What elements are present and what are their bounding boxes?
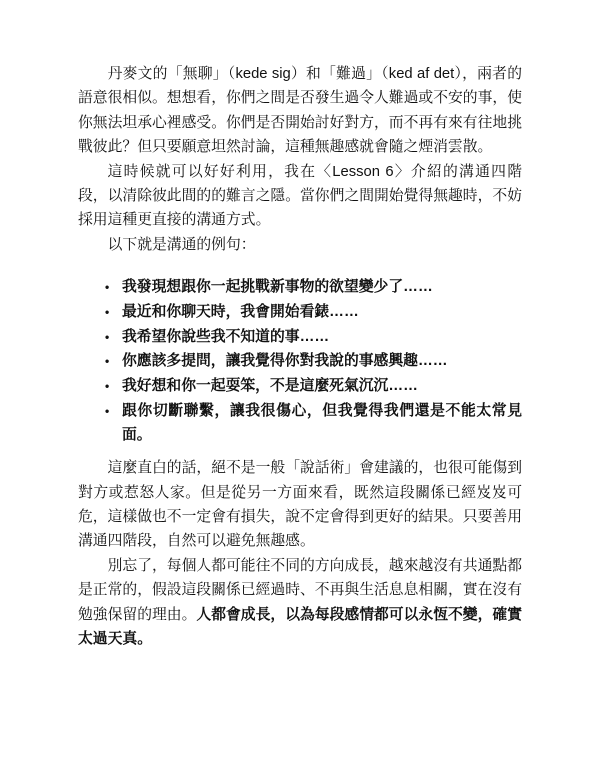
list-item: • 你應該多提問，讓我覺得你對我說的事感興趣……: [78, 349, 522, 374]
list-item-text: 我發現想跟你一起挑戰新事物的欲望變少了……: [122, 279, 433, 295]
bullet-icon: •: [105, 325, 109, 350]
paragraph-blunt-talk: 這麼直白的話，絕不是一般「說話術」會建議的，也很可能傷到對方或惹怒人家。但是從另…: [78, 456, 522, 554]
list-item: • 我希望你說些我不知道的事……: [78, 325, 522, 350]
list-item: • 跟你切斷聯繫，讓我很傷心，但我覺得我們還是不能太常見面。: [78, 399, 522, 448]
bullet-icon: •: [105, 349, 109, 374]
list-item: • 我發現想跟你一起挑戰新事物的欲望變少了……: [78, 275, 522, 300]
list-item-text: 你應該多提問，讓我覺得你對我說的事感興趣……: [122, 353, 448, 369]
book-page: 丹麥文的「無聊」（kede sig）和「難過」（ked af det），兩者的語…: [0, 0, 600, 778]
list-item-text: 最近和你聊天時，我會開始看錶……: [122, 304, 359, 320]
paragraph-examples-intro: 以下就是溝通的例句：: [78, 233, 522, 257]
paragraph-communication-stages: 這時候就可以好好利用，我在〈Lesson 6〉介紹的溝通四階段，以清除彼此間的的…: [78, 160, 522, 233]
bullet-icon: •: [105, 275, 109, 300]
list-item: • 我好想和你一起耍笨，不是這麼死氣沉沉……: [78, 374, 522, 399]
list-item: • 最近和你聊天時，我會開始看錶……: [78, 300, 522, 325]
example-sentence-list: • 我發現想跟你一起挑戰新事物的欲望變少了…… • 最近和你聊天時，我會開始看錶…: [78, 275, 522, 448]
bullet-icon: •: [105, 374, 109, 399]
paragraph-danish-words: 丹麥文的「無聊」（kede sig）和「難過」（ked af det），兩者的語…: [78, 62, 522, 160]
bullet-icon: •: [105, 399, 109, 424]
list-item-text: 我希望你說些我不知道的事……: [122, 329, 329, 345]
list-item-text: 我好想和你一起耍笨，不是這麼死氣沉沉……: [122, 378, 418, 394]
list-item-text: 跟你切斷聯繫，讓我很傷心，但我覺得我們還是不能太常見面。: [122, 403, 522, 444]
bullet-icon: •: [105, 300, 109, 325]
paragraph-growth: 別忘了，每個人都可能往不同的方向成長，越來越沒有共通點都是正常的，假設這段關係已…: [78, 554, 522, 652]
